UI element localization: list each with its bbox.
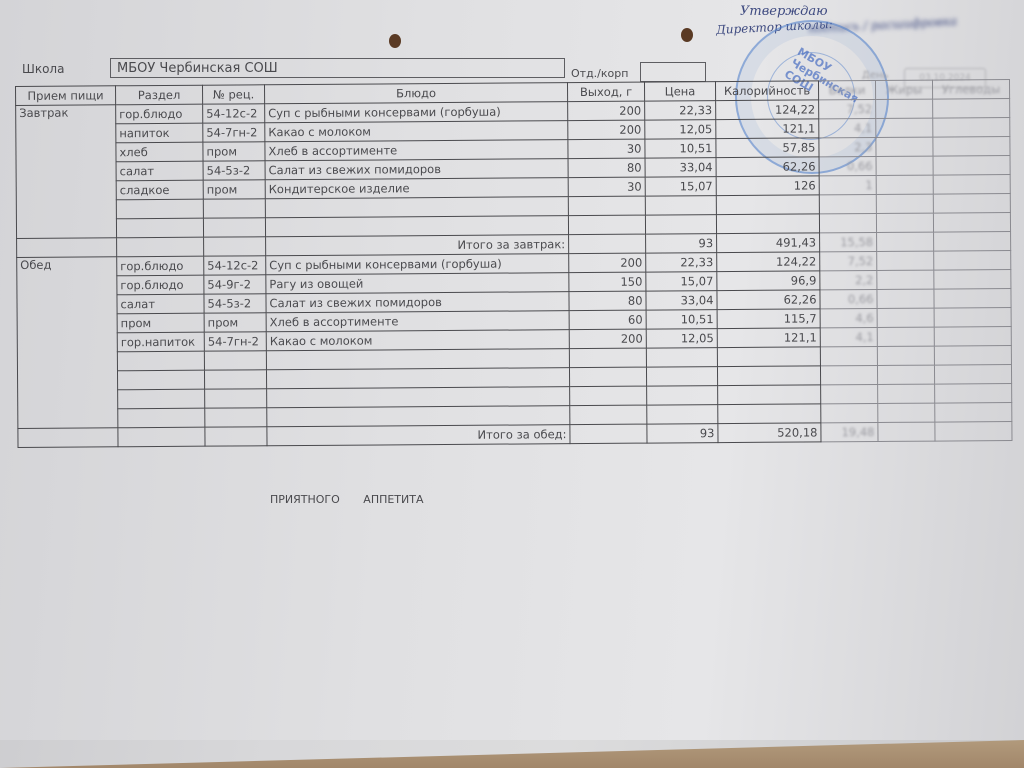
cell-output: 150 — [569, 272, 646, 292]
cell-carbs — [935, 403, 1012, 423]
cell-carbs — [934, 308, 1011, 328]
cell-protein: 1 — [819, 175, 876, 194]
cell-price: 33,04 — [645, 158, 716, 177]
cell-dish: Кондитерское изделие — [265, 178, 568, 199]
cell-kcal — [718, 385, 821, 405]
total-protein: 19,48 — [821, 422, 878, 441]
cell-recipe — [204, 370, 266, 389]
cell-protein: 7,52 — [819, 99, 876, 118]
total-kcal: 491,43 — [717, 233, 820, 253]
cell-output: 80 — [568, 158, 645, 178]
cell-output: 30 — [568, 177, 645, 197]
cell-section: сладкое — [116, 180, 203, 200]
meal-name: Завтрак — [16, 105, 117, 239]
cell-kcal — [716, 214, 819, 234]
dept-label: Отд./корп — [571, 67, 628, 80]
cell-fat — [878, 403, 935, 422]
cell-fat — [876, 213, 933, 232]
cell-recipe — [203, 199, 265, 218]
cell-price — [646, 367, 717, 386]
cell-carbs — [933, 99, 1010, 119]
cell-protein — [821, 403, 878, 422]
cell-carbs — [933, 213, 1010, 233]
cell-fat — [877, 251, 934, 270]
cell-carbs — [935, 384, 1012, 404]
cell-protein: 0,66 — [819, 156, 876, 175]
blank — [117, 237, 204, 257]
cell-output — [570, 405, 647, 425]
cell-dish: Салат из свежих помидоров — [266, 292, 569, 313]
cell-section: гор.блюдо — [116, 104, 203, 124]
col-kcal: Калорийность — [715, 81, 818, 101]
cell-section: гор.блюдо — [117, 275, 204, 295]
cell-price: 22,33 — [645, 101, 716, 120]
col-section: Раздел — [116, 85, 203, 105]
cell-protein: 4,6 — [820, 308, 877, 327]
school-label: Школа — [22, 62, 64, 76]
cell-section: хлеб — [116, 142, 203, 162]
cell-price: 10,51 — [646, 310, 717, 329]
cell-section — [118, 408, 205, 428]
total-carbs — [934, 232, 1011, 252]
cell-section: напиток — [116, 123, 203, 143]
cell-section: салат — [117, 294, 204, 314]
cell-kcal: 121,1 — [716, 119, 819, 139]
cell-dish — [265, 216, 568, 237]
cell-dish: Суп с рыбными консервами (горбуша) — [266, 254, 569, 275]
total-price: 93 — [647, 424, 718, 443]
cell-kcal: 62,26 — [716, 157, 819, 177]
menu-table: Прием пищи Раздел № рец. Блюдо Выход, г … — [15, 79, 1013, 448]
cell-section — [116, 199, 203, 219]
cell-price — [646, 348, 717, 367]
cell-kcal — [717, 347, 820, 367]
cell-section: пром — [117, 313, 204, 333]
cell-price — [647, 405, 718, 424]
cell-protein: 4,1 — [819, 118, 876, 137]
cell-protein: 7,52 — [820, 251, 877, 270]
cell-price: 22,33 — [646, 253, 717, 272]
total-kcal: 520,18 — [718, 423, 821, 443]
total-protein: 15,58 — [820, 232, 877, 251]
cell-recipe — [203, 218, 265, 237]
cell-price: 33,04 — [646, 291, 717, 310]
footer-text: ПРИЯТНОГО АППЕТИТА — [270, 493, 424, 506]
cell-recipe: 54-5з-2 — [203, 161, 265, 180]
dept-field — [640, 62, 706, 82]
cell-section — [116, 218, 203, 238]
cell-protein — [819, 194, 876, 213]
cell-kcal — [716, 195, 819, 215]
cell-carbs — [934, 346, 1011, 366]
cell-price: 12,05 — [646, 329, 717, 348]
cell-carbs — [934, 270, 1011, 290]
cell-output: 60 — [569, 310, 646, 330]
total-price: 93 — [646, 234, 717, 253]
cell-output: 200 — [568, 101, 645, 121]
cell-protein: 2,3 — [819, 137, 876, 156]
cell-recipe — [204, 351, 266, 370]
cell-recipe: пром — [204, 313, 266, 332]
cell-recipe — [205, 389, 267, 408]
cell-price: 15,07 — [646, 272, 717, 291]
cell-protein: 4,1 — [820, 327, 877, 346]
cell-output: 200 — [568, 120, 645, 140]
cell-kcal: 126 — [716, 176, 819, 196]
cell-fat — [876, 194, 933, 213]
cell-section: гор.блюдо — [117, 256, 204, 276]
cell-recipe: 54-12с-2 — [203, 104, 265, 123]
cell-recipe: 54-5з-2 — [204, 294, 266, 313]
cell-fat — [876, 118, 933, 137]
total-fat — [878, 422, 935, 441]
blank — [118, 427, 205, 447]
punch-hole — [389, 34, 401, 48]
cell-protein — [819, 213, 876, 232]
meal-name: Обед — [17, 257, 118, 429]
cell-dish: Хлеб в ассортименте — [266, 311, 569, 332]
cell-fat — [876, 99, 933, 118]
cell-fat — [876, 137, 933, 156]
cell-kcal: 124,22 — [716, 100, 819, 120]
cell-dish: Хлеб в ассортименте — [265, 140, 568, 161]
col-fat: Жиры — [875, 80, 932, 99]
cell-kcal: 96,9 — [717, 271, 820, 291]
col-recipe: № рец. — [202, 85, 264, 104]
cell-recipe: 54-7гн-2 — [204, 332, 266, 351]
cell-section — [118, 389, 205, 409]
cell-protein: 2,2 — [820, 270, 877, 289]
col-price: Цена — [644, 82, 715, 101]
blank — [205, 427, 267, 446]
cell-price: 15,07 — [645, 177, 716, 196]
menu-body: Завтракгор.блюдо54-12с-2Суп с рыбными ко… — [16, 99, 1012, 448]
blank — [18, 428, 118, 448]
cell-section — [117, 370, 204, 390]
cell-recipe: 54-7гн-2 — [203, 123, 265, 142]
cell-fat — [877, 289, 934, 308]
cell-dish: Салат из свежих помидоров — [265, 159, 568, 180]
cell-dish: Суп с рыбными консервами (горбуша) — [265, 102, 568, 123]
cell-kcal: 121,1 — [717, 328, 820, 348]
cell-output: 30 — [568, 139, 645, 159]
total-label: Итого за завтрак: — [266, 235, 569, 256]
col-meal: Прием пищи — [16, 86, 116, 106]
cell-fat — [877, 308, 934, 327]
col-protein: Белки — [818, 80, 875, 99]
cell-fat — [877, 327, 934, 346]
cell-kcal: 62,26 — [717, 290, 820, 310]
cell-output: 200 — [569, 253, 646, 273]
cell-carbs — [933, 137, 1010, 157]
school-field: МБОУ Чербинская СОШ — [110, 58, 565, 78]
cell-carbs — [934, 327, 1011, 347]
cell-kcal — [718, 404, 821, 424]
cell-carbs — [933, 194, 1010, 214]
cell-dish — [267, 387, 570, 408]
cell-section — [117, 351, 204, 371]
cell-carbs — [934, 289, 1011, 309]
cell-kcal: 115,7 — [717, 309, 820, 329]
cell-fat — [876, 156, 933, 175]
cell-dish: Какао с молоком — [266, 330, 569, 351]
cell-fat — [878, 384, 935, 403]
cell-price — [647, 386, 718, 405]
cell-output: 80 — [569, 291, 646, 311]
cell-fat — [877, 346, 934, 365]
cell-protein — [820, 346, 877, 365]
cell-recipe: пром — [203, 142, 265, 161]
cell-protein — [821, 384, 878, 403]
total-label: Итого за обед: — [267, 425, 570, 446]
cell-price: 12,05 — [645, 120, 716, 139]
cell-output — [568, 215, 645, 235]
cell-carbs — [933, 118, 1010, 138]
cell-output — [569, 348, 646, 368]
cell-fat — [877, 365, 934, 384]
cell-section: салат — [116, 161, 203, 181]
cell-protein — [820, 365, 877, 384]
col-carbs: Углеводы — [932, 80, 1009, 100]
cell-price — [645, 215, 716, 234]
cell-dish: Какао с молоком — [265, 121, 568, 142]
cell-dish — [266, 368, 569, 389]
cell-output — [568, 196, 645, 216]
cell-dish — [265, 197, 568, 218]
cell-recipe: 54-9г-2 — [204, 275, 266, 294]
cell-recipe: пром — [203, 180, 265, 199]
blank — [570, 424, 647, 444]
cell-recipe — [205, 408, 267, 427]
cell-kcal: 124,22 — [717, 252, 820, 272]
punch-hole — [681, 28, 693, 42]
cell-output: 200 — [569, 329, 646, 349]
cell-output — [569, 367, 646, 387]
cell-output — [570, 386, 647, 406]
cell-carbs — [933, 156, 1010, 176]
cell-fat — [876, 175, 933, 194]
total-fat — [877, 232, 934, 251]
cell-fat — [877, 270, 934, 289]
cell-kcal: 57,85 — [716, 138, 819, 158]
cell-recipe: 54-12с-2 — [204, 256, 266, 275]
cell-price: 10,51 — [645, 139, 716, 158]
blank — [17, 238, 117, 258]
approval-line: Утверждаю — [740, 4, 828, 19]
cell-carbs — [933, 175, 1010, 195]
cell-price — [645, 196, 716, 215]
cell-dish — [267, 406, 570, 427]
cell-section: гор.напиток — [117, 332, 204, 352]
col-output: Выход, г — [567, 82, 644, 102]
cell-kcal — [717, 366, 820, 386]
blank — [204, 237, 266, 256]
cell-protein: 0,66 — [820, 289, 877, 308]
cell-carbs — [934, 365, 1011, 385]
cell-dish: Рагу из овощей — [266, 273, 569, 294]
total-carbs — [935, 422, 1012, 442]
col-dish: Блюдо — [264, 83, 567, 104]
cell-carbs — [934, 251, 1011, 271]
cell-dish — [266, 349, 569, 370]
blank — [569, 234, 646, 254]
